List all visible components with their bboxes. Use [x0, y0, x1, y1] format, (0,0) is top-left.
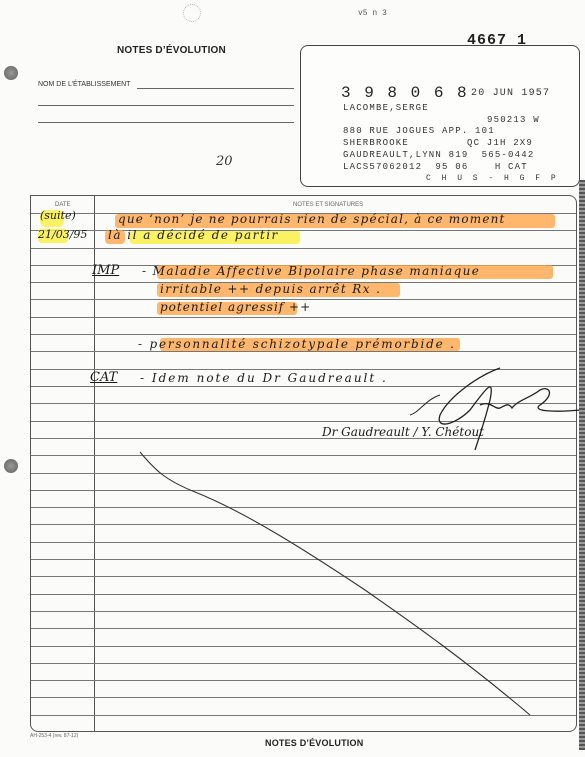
entry-text-imp-3: potentiel agressif ++ [160, 300, 311, 314]
strike-through-line [135, 450, 535, 720]
notes-header: NOTES ET SIGNATURES [293, 202, 363, 208]
patient-insurance: LACS57062012 95 06 H CAT [343, 162, 528, 172]
patient-contact: GAUDREAULT,LYNN 819 565-0442 [343, 150, 534, 160]
patient-city: SHERBROOKE [343, 138, 409, 148]
patient-institution: C H U S - H G F P [426, 174, 559, 183]
form-title: NOTES D’ÉVOLUTION [117, 45, 226, 56]
establishment-label: NOM DE L’ÉTABLISSEMENT [38, 81, 130, 88]
scan-right-edge [579, 180, 585, 750]
establishment-line-1 [137, 88, 294, 89]
entry-label-cat: CAT [90, 370, 117, 385]
patient-address: 880 RUE JOGUES APP. 101 [343, 126, 495, 136]
patient-card: 3 9 8 0 6 8 20 JUN 1957 LACOMBE,SERGE 95… [300, 45, 580, 187]
entry-text-imp-1: - Maladie Affective Bipolaire phase mani… [142, 264, 480, 278]
date-header: DATE [55, 202, 71, 208]
ruled-line [31, 317, 576, 318]
entry-text-1: que ‘non’ je ne pourrais rien de spécial… [118, 212, 506, 226]
entry-text-cat: - Idem note du Dr Gaudreault . [140, 371, 388, 385]
patient-dob: 20 JUN 1957 [471, 88, 550, 99]
entry-date: 21/03/95 [38, 228, 87, 241]
ruled-line [31, 248, 576, 249]
patient-postal: QC J1H 2X9 [467, 138, 533, 148]
entry-text-2: là il a décidé de partir [108, 228, 279, 242]
form-code: AH-253-4 (rev. 87-12) [30, 733, 78, 739]
footer-title: NOTES D’ÉVOLUTION [265, 738, 363, 748]
entry-date-suite: (suite) [40, 209, 76, 222]
ruled-line [31, 351, 576, 352]
ruled-line [31, 334, 576, 335]
establishment-line-2 [38, 105, 294, 106]
patient-name: LACOMBE,SERGE [343, 103, 429, 113]
punch-hole-top [4, 66, 18, 80]
entry-text-imp-4: - personnalité schizotypale prémorbide . [138, 337, 456, 351]
entry-label-imp: IMP [92, 263, 119, 278]
entry-text-imp-2: irritable ++ depuis arrêt Rx . [160, 282, 381, 296]
patient-id: 3 9 8 0 6 8 [341, 84, 469, 102]
punch-hole-bottom [4, 459, 18, 473]
establishment-line-3 [38, 122, 294, 123]
top-stamp: v5 n 3 [358, 9, 387, 18]
scan-artifact-circle [183, 4, 201, 22]
page-number-handwritten: 20 [216, 154, 233, 169]
patient-code: 950213 W [487, 115, 540, 125]
signature-scribble [400, 360, 580, 460]
